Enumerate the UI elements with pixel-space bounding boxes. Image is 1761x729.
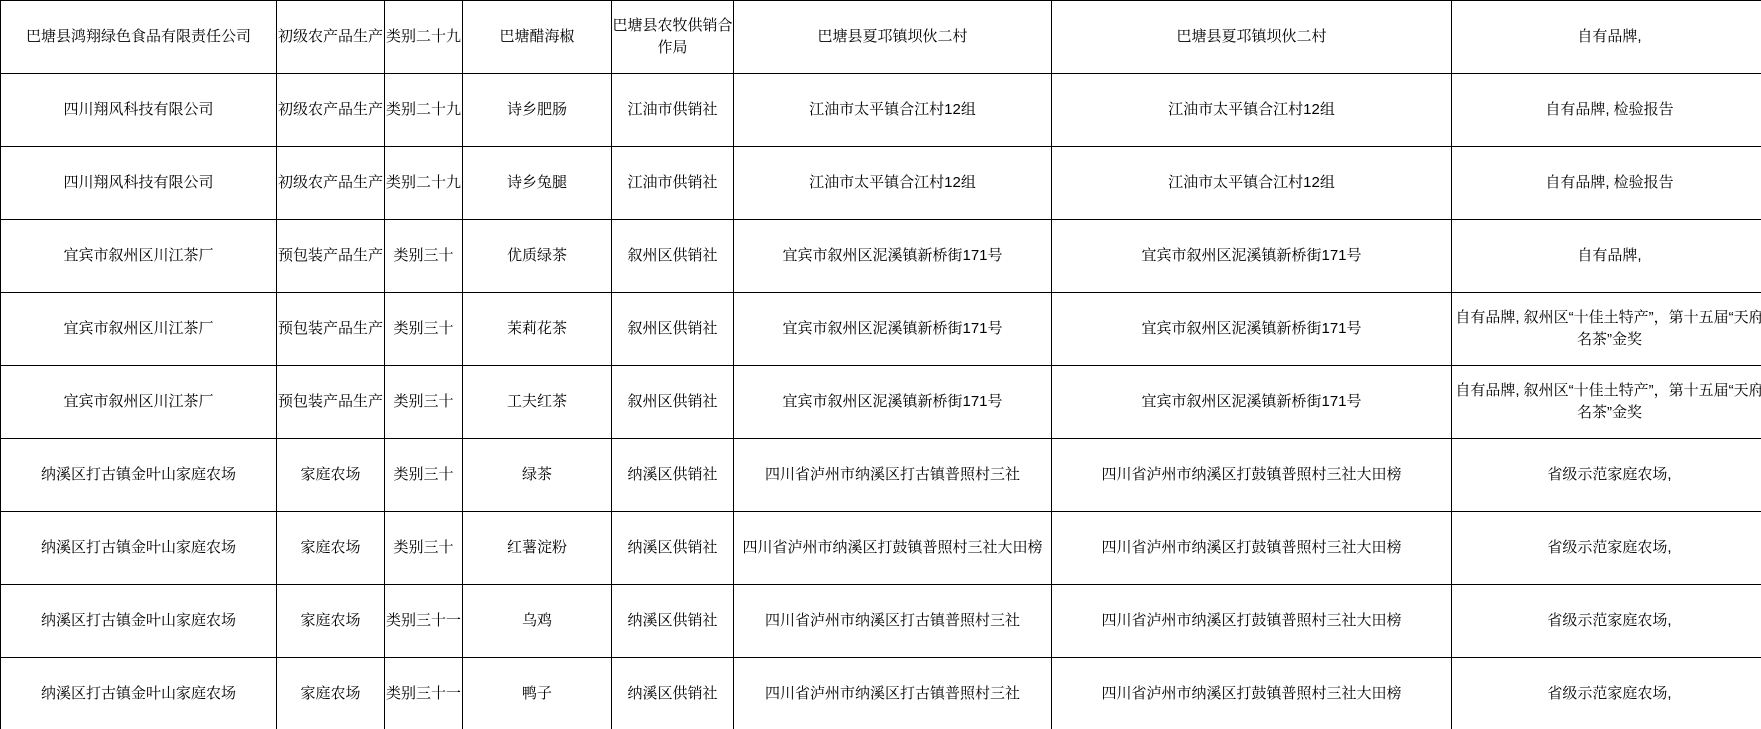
- table-cell-product: 茉莉花茶: [463, 293, 612, 366]
- table-row: 纳溪区打古镇金叶山家庭农场家庭农场类别三十绿茶纳溪区供销社四川省泸州市纳溪区打古…: [1, 439, 1761, 512]
- table-cell-supply-org: 纳溪区供销社: [612, 512, 734, 585]
- table-cell-company: 四川翔风科技有限公司: [1, 74, 277, 147]
- table-cell-brand-notes: 省级示范家庭农场,: [1452, 585, 1761, 658]
- table-row: 四川翔风科技有限公司初级农产品生产类别二十九诗乡兔腿江油市供销社江油市太平镇合江…: [1, 147, 1761, 220]
- table-cell-address-1: 四川省泸州市纳溪区打古镇普照村三社: [734, 439, 1052, 512]
- table-cell-company: 宜宾市叙州区川江茶厂: [1, 293, 277, 366]
- table-cell-category: 类别三十一: [385, 658, 463, 729]
- table-cell-address-1: 宜宾市叙州区泥溪镇新桥街171号: [734, 293, 1052, 366]
- table-cell-category: 类别二十九: [385, 147, 463, 220]
- products-table: 巴塘县鸿翔绿色食品有限责任公司初级农产品生产类别二十九巴塘醋海椒巴塘县农牧供销合…: [0, 0, 1761, 729]
- table-cell-brand-notes: 自有品牌, 检验报告: [1452, 74, 1761, 147]
- table-cell-category: 类别二十九: [385, 1, 463, 74]
- table-cell-supply-org: 纳溪区供销社: [612, 585, 734, 658]
- table-cell-category: 类别三十: [385, 512, 463, 585]
- table-row: 纳溪区打古镇金叶山家庭农场家庭农场类别三十红薯淀粉纳溪区供销社四川省泸州市纳溪区…: [1, 512, 1761, 585]
- table-row: 宜宾市叙州区川江茶厂预包装产品生产类别三十茉莉花茶叙州区供销社宜宾市叙州区泥溪镇…: [1, 293, 1761, 366]
- table-cell-production-type: 预包装产品生产: [277, 293, 385, 366]
- table-cell-address-1: 四川省泸州市纳溪区打古镇普照村三社: [734, 658, 1052, 729]
- table-cell-product: 优质绿茶: [463, 220, 612, 293]
- table-cell-brand-notes: 自有品牌, 叙州区“十佳土特产”，第十五届“天府名茶”金奖: [1452, 293, 1761, 366]
- table-cell-product: 诗乡肥肠: [463, 74, 612, 147]
- table-cell-supply-org: 叙州区供销社: [612, 293, 734, 366]
- table-cell-address-1: 江油市太平镇合江村12组: [734, 74, 1052, 147]
- table-cell-product: 诗乡兔腿: [463, 147, 612, 220]
- table-cell-product: 绿茶: [463, 439, 612, 512]
- table-cell-address-1: 四川省泸州市纳溪区打鼓镇普照村三社大田榜: [734, 512, 1052, 585]
- table-cell-category: 类别三十: [385, 366, 463, 439]
- table-cell-supply-org: 江油市供销社: [612, 147, 734, 220]
- table-cell-company: 纳溪区打古镇金叶山家庭农场: [1, 512, 277, 585]
- table-cell-category: 类别二十九: [385, 74, 463, 147]
- table-cell-brand-notes: 省级示范家庭农场,: [1452, 439, 1761, 512]
- table-cell-address-2: 宜宾市叙州区泥溪镇新桥街171号: [1052, 366, 1452, 439]
- table-cell-company: 纳溪区打古镇金叶山家庭农场: [1, 585, 277, 658]
- table-cell-company: 纳溪区打古镇金叶山家庭农场: [1, 658, 277, 729]
- table-row: 巴塘县鸿翔绿色食品有限责任公司初级农产品生产类别二十九巴塘醋海椒巴塘县农牧供销合…: [1, 1, 1761, 74]
- table-cell-brand-notes: 自有品牌,: [1452, 220, 1761, 293]
- table-cell-supply-org: 江油市供销社: [612, 74, 734, 147]
- table-cell-address-2: 四川省泸州市纳溪区打鼓镇普照村三社大田榜: [1052, 512, 1452, 585]
- table-cell-supply-org: 纳溪区供销社: [612, 658, 734, 729]
- table-cell-address-1: 宜宾市叙州区泥溪镇新桥街171号: [734, 366, 1052, 439]
- table-cell-supply-org: 叙州区供销社: [612, 366, 734, 439]
- table-cell-address-1: 巴塘县夏邛镇坝伙二村: [734, 1, 1052, 74]
- table-cell-brand-notes: 自有品牌,: [1452, 1, 1761, 74]
- table-cell-address-2: 四川省泸州市纳溪区打鼓镇普照村三社大田榜: [1052, 585, 1452, 658]
- table-cell-product: 鸭子: [463, 658, 612, 729]
- table-cell-address-2: 四川省泸州市纳溪区打鼓镇普照村三社大田榜: [1052, 658, 1452, 729]
- table-cell-category: 类别三十一: [385, 585, 463, 658]
- table-cell-production-type: 预包装产品生产: [277, 220, 385, 293]
- table-cell-supply-org: 巴塘县农牧供销合作局: [612, 1, 734, 74]
- table-cell-product: 红薯淀粉: [463, 512, 612, 585]
- table-cell-company: 巴塘县鸿翔绿色食品有限责任公司: [1, 1, 277, 74]
- table-cell-supply-org: 纳溪区供销社: [612, 439, 734, 512]
- table-cell-production-type: 初级农产品生产: [277, 74, 385, 147]
- table-cell-address-2: 江油市太平镇合江村12组: [1052, 147, 1452, 220]
- table-cell-brand-notes: 自有品牌, 检验报告: [1452, 147, 1761, 220]
- table-cell-brand-notes: 自有品牌, 叙州区“十佳土特产”，第十五届“天府名茶”金奖: [1452, 366, 1761, 439]
- table-row: 纳溪区打古镇金叶山家庭农场家庭农场类别三十一鸭子纳溪区供销社四川省泸州市纳溪区打…: [1, 658, 1761, 729]
- table-cell-company: 宜宾市叙州区川江茶厂: [1, 366, 277, 439]
- table-cell-production-type: 家庭农场: [277, 658, 385, 729]
- table-cell-address-1: 江油市太平镇合江村12组: [734, 147, 1052, 220]
- table-cell-production-type: 家庭农场: [277, 512, 385, 585]
- table-cell-company: 宜宾市叙州区川江茶厂: [1, 220, 277, 293]
- table-cell-product: 巴塘醋海椒: [463, 1, 612, 74]
- table-cell-production-type: 预包装产品生产: [277, 366, 385, 439]
- table-cell-brand-notes: 省级示范家庭农场,: [1452, 658, 1761, 729]
- table-cell-category: 类别三十: [385, 439, 463, 512]
- table-cell-address-2: 四川省泸州市纳溪区打鼓镇普照村三社大田榜: [1052, 439, 1452, 512]
- table-row: 纳溪区打古镇金叶山家庭农场家庭农场类别三十一乌鸡纳溪区供销社四川省泸州市纳溪区打…: [1, 585, 1761, 658]
- table-cell-category: 类别三十: [385, 293, 463, 366]
- table-cell-company: 四川翔风科技有限公司: [1, 147, 277, 220]
- table-cell-production-type: 初级农产品生产: [277, 147, 385, 220]
- table-cell-product: 工夫红茶: [463, 366, 612, 439]
- table-cell-address-2: 江油市太平镇合江村12组: [1052, 74, 1452, 147]
- table-cell-production-type: 家庭农场: [277, 585, 385, 658]
- table-cell-production-type: 家庭农场: [277, 439, 385, 512]
- table-cell-supply-org: 叙州区供销社: [612, 220, 734, 293]
- table-cell-address-2: 巴塘县夏邛镇坝伙二村: [1052, 1, 1452, 74]
- table-row: 宜宾市叙州区川江茶厂预包装产品生产类别三十优质绿茶叙州区供销社宜宾市叙州区泥溪镇…: [1, 220, 1761, 293]
- table-cell-category: 类别三十: [385, 220, 463, 293]
- table-row: 宜宾市叙州区川江茶厂预包装产品生产类别三十工夫红茶叙州区供销社宜宾市叙州区泥溪镇…: [1, 366, 1761, 439]
- table-cell-address-1: 宜宾市叙州区泥溪镇新桥街171号: [734, 220, 1052, 293]
- table-cell-address-2: 宜宾市叙州区泥溪镇新桥街171号: [1052, 293, 1452, 366]
- table-cell-production-type: 初级农产品生产: [277, 1, 385, 74]
- table-cell-company: 纳溪区打古镇金叶山家庭农场: [1, 439, 277, 512]
- table-cell-brand-notes: 省级示范家庭农场,: [1452, 512, 1761, 585]
- table-cell-product: 乌鸡: [463, 585, 612, 658]
- table-cell-address-1: 四川省泸州市纳溪区打古镇普照村三社: [734, 585, 1052, 658]
- table-cell-address-2: 宜宾市叙州区泥溪镇新桥街171号: [1052, 220, 1452, 293]
- table-row: 四川翔风科技有限公司初级农产品生产类别二十九诗乡肥肠江油市供销社江油市太平镇合江…: [1, 74, 1761, 147]
